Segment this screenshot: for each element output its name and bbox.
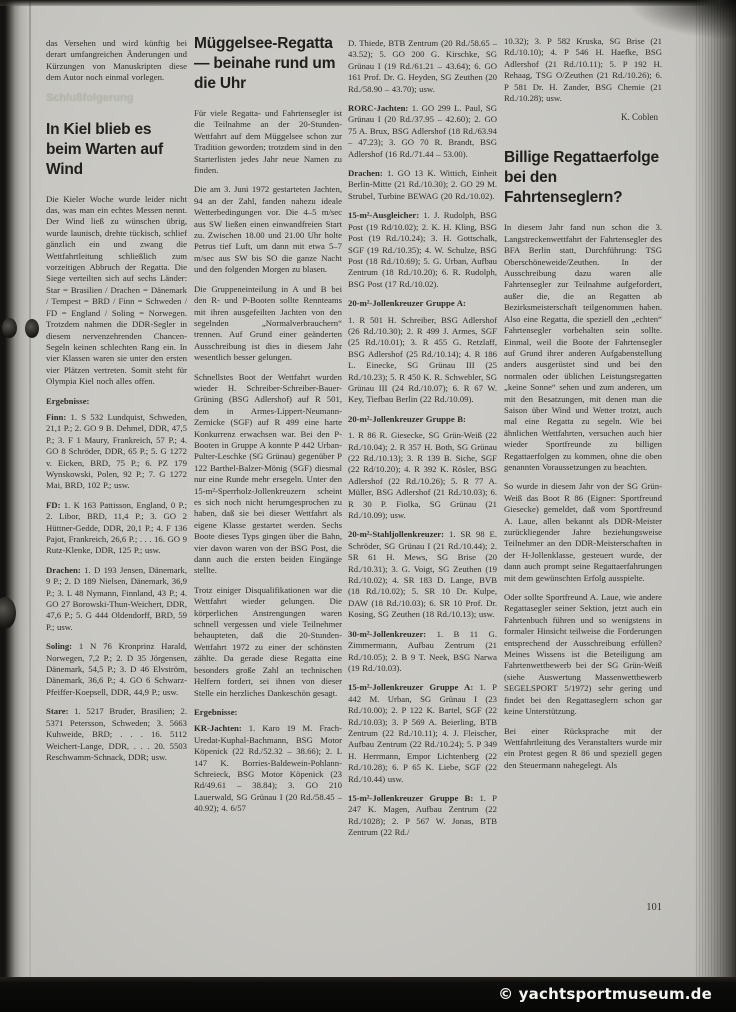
page-stack-edge: [694, 0, 736, 1012]
paragraph: Die Gruppeneinteilung in A und B bei den…: [194, 284, 342, 364]
text-column-3: D. Thiede, BTB Zentrum (20 Rd./58.65 – 4…: [348, 38, 497, 964]
section-label: 20-m²-Jollenkreuzer Gruppe B:: [348, 414, 497, 425]
result-class-label: Soling:: [46, 641, 79, 651]
result-class-label: Stare:: [46, 706, 74, 716]
page-corner-shadow: [626, 0, 736, 40]
watermark-bar: © yachtsportmuseum.de: [0, 977, 736, 1012]
result-entry: 15-m²-Jollenkreuzer Gruppe B: 1. P 247 K…: [348, 793, 497, 839]
punch-hole: [2, 318, 17, 338]
author-byline: K. Coblen: [504, 112, 658, 122]
result-entry: 15-m²-Jollenkreuzer Gruppe A: 1. P 442 M…: [348, 682, 497, 785]
result-class-label: RORC-Jachten:: [348, 103, 412, 113]
paragraph: Für viele Regatta- und Fahrtensegler ist…: [194, 108, 342, 176]
result-entry: KR-Jachten: 1. Karo 19 M. Frach-Uredat-K…: [194, 723, 342, 814]
paragraph: In diesem Jahr fand nun schon die 3. Lan…: [504, 222, 662, 473]
result-entry: Drachen: 1. GO 13 K. Wittich, Einheit Be…: [348, 168, 497, 202]
watermark-text: © yachtsportmuseum.de: [498, 985, 712, 1003]
result-class-label: Drachen:: [348, 168, 387, 178]
section-label: Ergebnisse:: [46, 396, 187, 407]
paragraph: Bei einer Rücksprache mit der Wettfahrtl…: [504, 726, 662, 772]
article-headline: In Kiel blieb es beim Warten auf Wind: [46, 120, 187, 180]
result-entry: 15-m²-Ausgleicher: 1. J. Rudolph, BSG Po…: [348, 210, 497, 290]
page-number: 101: [504, 902, 662, 913]
article-headline: Müggelsee-Regatta — beinahe rund um die …: [194, 34, 342, 94]
paragraph: 1. R 501 H. Schreiber, BSG Adlershof (26…: [348, 315, 497, 406]
paragraph: Oder sollte Sportfreund A. Laue, wie and…: [504, 592, 662, 717]
ghost-bleed-text: Schlußfolgerung: [46, 92, 187, 104]
section-label: Ergebnisse:: [194, 707, 342, 718]
result-entry: 20-m²-Stahljollenkreuzer: 1. SR 98 E. Sc…: [348, 529, 497, 620]
paragraph: Trotz einiger Disqualifikationen war die…: [194, 585, 342, 699]
result-class-label: Finn:: [46, 412, 71, 422]
paragraph: So wurde in diesem Jahr von der SG Grün-…: [504, 481, 662, 584]
result-entry: Drachen: 1. D 193 Jensen, Dänemark, 9 P.…: [46, 565, 187, 633]
text-column-1: das Versehen und wird künftig bei derart…: [46, 38, 187, 963]
result-class-label: 15-m²-Jollenkreuzer Gruppe A:: [348, 682, 479, 692]
paragraph: Die am 3. Juni 1972 gestarteten Jachten,…: [194, 184, 342, 275]
result-entry: FD: 1. K 163 Pattisson, England, 0 P.; 2…: [46, 500, 187, 557]
result-class-label: KR-Jachten:: [194, 723, 249, 733]
result-class-label: 30-m²-Jollenkreuzer:: [348, 629, 437, 639]
text-column-2: Müggelsee-Regatta — beinahe rund um die …: [194, 34, 342, 964]
result-class-label: Drachen:: [46, 565, 84, 575]
scanned-magazine-page: das Versehen und wird künftig bei derart…: [0, 0, 736, 1012]
paragraph: Die Kieler Woche wurde leider nicht das,…: [46, 194, 187, 388]
paragraph: 1. R 86 R. Giesecke, SG Grün-Weiß (22 Rd…: [348, 430, 497, 521]
result-entry: RORC-Jachten: 1. GO 299 L. Paul, SG Grün…: [348, 103, 497, 160]
result-class-label: 15-m²-Jollenkreuzer Gruppe B:: [348, 793, 479, 803]
result-class-label: 20-m²-Stahljollenkreuzer:: [348, 529, 449, 539]
result-entry: Soling: 1 N 76 Kronprinz Harald, Norwege…: [46, 641, 187, 698]
paragraph: Schnellstes Boot der Wettfahrt wurden wi…: [194, 372, 342, 577]
result-entry: Finn: 1. S 532 Lundquist, Schweden, 21,1…: [46, 412, 187, 492]
binding-crease: [29, 0, 31, 1012]
paragraph: 10.32); 3. P 582 Kruska, SG Brise (21 Rd…: [504, 36, 662, 104]
article-headline: Billige Regattaerfolge bei den Fahrtense…: [504, 148, 662, 208]
result-class-label: FD:: [46, 500, 64, 510]
paragraph: D. Thiede, BTB Zentrum (20 Rd./58.65 – 4…: [348, 38, 497, 95]
result-entry: Stare: 1. 5217 Bruder, Brasilien; 2. 537…: [46, 706, 187, 763]
section-label: 20-m²-Jollenkreuzer Gruppe A:: [348, 298, 497, 309]
text-column-4: 10.32); 3. P 582 Kruska, SG Brise (21 Rd…: [504, 36, 662, 898]
punch-hole: [25, 319, 39, 338]
result-entry: 30-m²-Jollenkreuzer: 1. B 11 G. Zimmerma…: [348, 629, 497, 675]
result-class-label: 15-m²-Ausgleicher:: [348, 210, 423, 220]
paragraph: das Versehen und wird künftig bei derart…: [46, 38, 187, 84]
